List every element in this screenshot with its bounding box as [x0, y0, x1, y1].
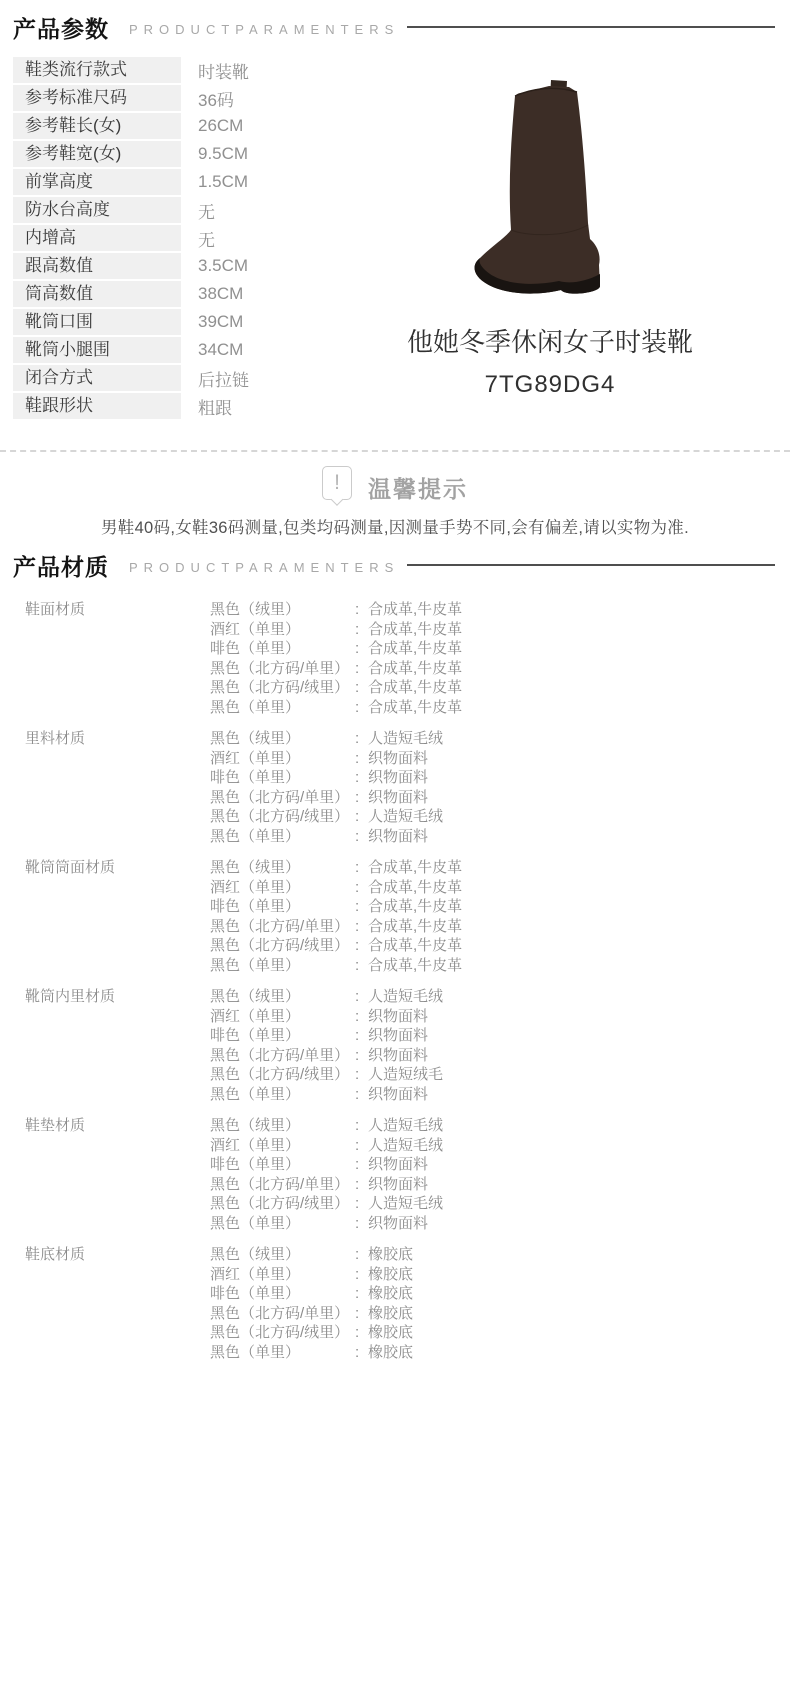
param-value: 时装靴	[198, 58, 249, 83]
material-variant: 酒红（单里）	[210, 620, 355, 640]
colon-separator: :	[355, 917, 363, 937]
material-value: 织物面料	[368, 1085, 428, 1105]
material-section-label: 里料材质	[25, 729, 210, 846]
material-section-shoe-upper: 鞋面材质 黑色（绒里） : 合成革,牛皮革 酒红（单里） : 合成革,牛皮革	[0, 600, 790, 717]
params-table: 鞋类流行款式 时装靴 参考标准尺码 36码 参考鞋长(女) 26CM 参考鞋宽(…	[13, 56, 395, 420]
param-label: 内增高	[13, 225, 181, 251]
colon-separator: :	[355, 987, 363, 1007]
material-row: 黑色（北方码/单里） : 织物面料	[210, 1175, 790, 1195]
colon-separator: :	[355, 878, 363, 898]
param-value: 无	[198, 226, 215, 251]
param-label: 跟高数值	[13, 253, 181, 279]
param-label: 防水台高度	[13, 197, 181, 223]
material-rows: 黑色（绒里） : 人造短毛绒 酒红（单里） : 织物面料 啡色（单里） : 织物…	[210, 729, 790, 846]
colon-separator: :	[355, 749, 363, 769]
param-row: 靴筒小腿围 34CM	[13, 336, 395, 364]
colon-separator: :	[355, 956, 363, 976]
param-row: 闭合方式 后拉链	[13, 364, 395, 392]
material-section-shaft-inner-lining: 靴筒内里材质 黑色（绒里） : 人造短毛绒 酒红（单里） : 织物面料	[0, 987, 790, 1104]
material-value: 合成革,牛皮革	[368, 600, 462, 620]
colon-separator: :	[355, 1323, 363, 1343]
material-value: 橡胶底	[368, 1304, 413, 1324]
colon-separator: :	[355, 827, 363, 847]
param-row: 靴筒口围 39CM	[13, 308, 395, 336]
param-row: 参考标准尺码 36码	[13, 84, 395, 112]
param-label: 参考标准尺码	[13, 85, 181, 111]
material-rows: 黑色（绒里） : 合成革,牛皮革 酒红（单里） : 合成革,牛皮革 啡色（单里）…	[210, 600, 790, 717]
tips-section: ! 温馨提示 男鞋40码,女鞋36码测量,包类均码测量,因测量手势不同,会有偏差…	[0, 466, 790, 538]
colon-separator: :	[355, 698, 363, 718]
param-label: 闭合方式	[13, 365, 181, 391]
material-row: 黑色（北方码/绒里） : 合成革,牛皮革	[210, 936, 790, 956]
materials-list: 鞋面材质 黑色（绒里） : 合成革,牛皮革 酒红（单里） : 合成革,牛皮革	[0, 600, 790, 1362]
material-variant: 黑色（单里）	[210, 956, 355, 976]
material-row: 黑色（单里） : 合成革,牛皮革	[210, 698, 790, 718]
material-section-label: 靴筒内里材质	[25, 987, 210, 1104]
material-variant: 酒红（单里）	[210, 1136, 355, 1156]
material-variant: 黑色（北方码/单里）	[210, 1046, 355, 1066]
material-value: 人造短毛绒	[368, 1116, 443, 1136]
material-value: 织物面料	[368, 1046, 428, 1066]
param-row: 参考鞋长(女) 26CM	[13, 112, 395, 140]
material-variant: 黑色（北方码/绒里）	[210, 1194, 355, 1214]
material-row: 黑色（单里） : 织物面料	[210, 1214, 790, 1234]
material-value: 人造短毛绒	[368, 987, 443, 1007]
material-row: 啡色（单里） : 织物面料	[210, 1026, 790, 1046]
material-value: 人造短毛绒	[368, 729, 443, 749]
colon-separator: :	[355, 1136, 363, 1156]
colon-separator: :	[355, 620, 363, 640]
colon-separator: :	[355, 1007, 363, 1027]
material-value: 橡胶底	[368, 1343, 413, 1363]
material-variant: 啡色（单里）	[210, 897, 355, 917]
param-value: 3.5CM	[198, 256, 248, 276]
material-row: 黑色（北方码/绒里） : 合成革,牛皮革	[210, 678, 790, 698]
material-value: 合成革,牛皮革	[368, 620, 462, 640]
material-value: 织物面料	[368, 1026, 428, 1046]
params-section-header: 产品参数 PRODUCTPARAMENTERS	[0, 0, 790, 42]
material-row: 啡色（单里） : 橡胶底	[210, 1284, 790, 1304]
param-value: 9.5CM	[198, 144, 248, 164]
param-value: 无	[198, 198, 215, 223]
colon-separator: :	[355, 1046, 363, 1066]
material-row: 酒红（单里） : 织物面料	[210, 1007, 790, 1027]
material-row: 黑色（绒里） : 合成革,牛皮革	[210, 600, 790, 620]
material-variant: 黑色（绒里）	[210, 729, 355, 749]
material-variant: 黑色（绒里）	[210, 858, 355, 878]
param-value: 38CM	[198, 284, 243, 304]
material-row: 啡色（单里） : 织物面料	[210, 1155, 790, 1175]
material-variant: 黑色（北方码/单里）	[210, 1175, 355, 1195]
params-body: 鞋类流行款式 时装靴 参考标准尺码 36码 参考鞋长(女) 26CM 参考鞋宽(…	[0, 56, 790, 420]
material-row: 啡色（单里） : 合成革,牛皮革	[210, 639, 790, 659]
material-section-lining: 里料材质 黑色（绒里） : 人造短毛绒 酒红（单里） : 织物面料	[0, 729, 790, 846]
colon-separator: :	[355, 936, 363, 956]
material-row: 黑色（北方码/单里） : 织物面料	[210, 788, 790, 808]
colon-separator: :	[355, 1284, 363, 1304]
tips-title: 温馨提示	[368, 466, 468, 504]
colon-separator: :	[355, 639, 363, 659]
material-value: 织物面料	[368, 1155, 428, 1175]
material-row: 黑色（北方码/绒里） : 人造短毛绒	[210, 1194, 790, 1214]
material-row: 酒红（单里） : 合成革,牛皮革	[210, 620, 790, 640]
material-variant: 黑色（绒里）	[210, 987, 355, 1007]
material-variant: 黑色（绒里）	[210, 1116, 355, 1136]
material-variant: 酒红（单里）	[210, 1007, 355, 1027]
material-variant: 酒红（单里）	[210, 878, 355, 898]
param-label: 鞋跟形状	[13, 393, 181, 419]
material-value: 合成革,牛皮革	[368, 659, 462, 679]
exclamation-icon: !	[322, 466, 352, 500]
product-name: 他她冬季休闲女子时装靴	[405, 322, 695, 359]
param-label: 靴筒口围	[13, 309, 181, 335]
param-value: 后拉链	[198, 366, 249, 391]
material-row: 啡色（单里） : 织物面料	[210, 768, 790, 788]
material-value: 织物面料	[368, 1175, 428, 1195]
colon-separator: :	[355, 1265, 363, 1285]
material-value: 人造短毛绒	[368, 1194, 443, 1214]
colon-separator: :	[355, 788, 363, 808]
material-value: 合成革,牛皮革	[368, 698, 462, 718]
material-rows: 黑色（绒里） : 人造短毛绒 酒红（单里） : 织物面料 啡色（单里） : 织物…	[210, 987, 790, 1104]
material-row: 黑色（单里） : 织物面料	[210, 1085, 790, 1105]
material-row: 酒红（单里） : 合成革,牛皮革	[210, 878, 790, 898]
param-label: 筒高数值	[13, 281, 181, 307]
material-row: 黑色（北方码/单里） : 合成革,牛皮革	[210, 659, 790, 679]
material-value: 合成革,牛皮革	[368, 858, 462, 878]
param-row: 跟高数值 3.5CM	[13, 252, 395, 280]
material-row: 黑色（北方码/绒里） : 人造短绒毛	[210, 1065, 790, 1085]
tips-head: ! 温馨提示	[0, 466, 790, 512]
material-value: 织物面料	[368, 1214, 428, 1234]
colon-separator: :	[355, 729, 363, 749]
colon-separator: :	[355, 678, 363, 698]
material-row: 酒红（单里） : 橡胶底	[210, 1265, 790, 1285]
product-detail-page: 产品参数 PRODUCTPARAMENTERS 鞋类流行款式 时装靴 参考标准尺…	[0, 0, 790, 1362]
material-rows: 黑色（绒里） : 橡胶底 酒红（单里） : 橡胶底 啡色（单里） : 橡胶底	[210, 1245, 790, 1362]
param-value: 34CM	[198, 340, 243, 360]
material-variant: 黑色（北方码/单里）	[210, 1304, 355, 1324]
material-variant: 酒红（单里）	[210, 749, 355, 769]
material-value: 橡胶底	[368, 1284, 413, 1304]
param-label: 参考鞋长(女)	[13, 113, 181, 139]
materials-section-title: 产品材质	[13, 549, 109, 582]
material-section-insole: 鞋垫材质 黑色（绒里） : 人造短毛绒 酒红（单里） : 人造短毛绒	[0, 1116, 790, 1233]
param-label: 靴筒小腿围	[13, 337, 181, 363]
material-row: 黑色（北方码/单里） : 织物面料	[210, 1046, 790, 1066]
colon-separator: :	[355, 897, 363, 917]
material-variant: 黑色（单里）	[210, 827, 355, 847]
colon-separator: :	[355, 1304, 363, 1324]
colon-separator: :	[355, 1065, 363, 1085]
material-variant: 黑色（单里）	[210, 1343, 355, 1363]
material-variant: 啡色（单里）	[210, 1284, 355, 1304]
boot-shaft	[475, 86, 600, 294]
materials-section-header: 产品材质 PRODUCTPARAMENTERS	[0, 538, 790, 580]
material-row: 酒红（单里） : 人造短毛绒	[210, 1136, 790, 1156]
material-value: 人造短毛绒	[368, 1136, 443, 1156]
material-row: 黑色（北方码/绒里） : 橡胶底	[210, 1323, 790, 1343]
material-row: 黑色（北方码/单里） : 合成革,牛皮革	[210, 917, 790, 937]
material-value: 合成革,牛皮革	[368, 639, 462, 659]
material-row: 黑色（北方码/绒里） : 人造短毛绒	[210, 807, 790, 827]
material-variant: 黑色（北方码/绒里）	[210, 678, 355, 698]
param-row: 前掌高度 1.5CM	[13, 168, 395, 196]
param-label: 前掌高度	[13, 169, 181, 195]
material-variant: 黑色（北方码/单里）	[210, 659, 355, 679]
colon-separator: :	[355, 1343, 363, 1363]
material-variant: 黑色（北方码/绒里）	[210, 807, 355, 827]
param-value: 36码	[198, 86, 234, 111]
material-section-label: 靴筒筒面材质	[25, 858, 210, 975]
colon-separator: :	[355, 1194, 363, 1214]
material-value: 橡胶底	[368, 1265, 413, 1285]
material-variant: 黑色（单里）	[210, 1085, 355, 1105]
header-rule	[407, 26, 775, 28]
material-row: 黑色（绒里） : 人造短毛绒	[210, 1116, 790, 1136]
material-value: 织物面料	[368, 788, 428, 808]
material-variant: 啡色（单里）	[210, 1026, 355, 1046]
material-row: 黑色（绒里） : 人造短毛绒	[210, 729, 790, 749]
param-row: 筒高数值 38CM	[13, 280, 395, 308]
material-row: 黑色（单里） : 合成革,牛皮革	[210, 956, 790, 976]
material-value: 橡胶底	[368, 1245, 413, 1265]
colon-separator: :	[355, 858, 363, 878]
product-visual: 他她冬季休闲女子时装靴 7TG89DG4	[405, 56, 695, 420]
param-row: 参考鞋宽(女) 9.5CM	[13, 140, 395, 168]
material-row: 黑色（绒里） : 合成革,牛皮革	[210, 858, 790, 878]
tips-note: 男鞋40码,女鞋36码测量,包类均码测量,因测量手势不同,会有偏差,请以实物为准…	[0, 514, 790, 538]
boot-product-image	[445, 60, 655, 300]
material-value: 织物面料	[368, 768, 428, 788]
material-value: 合成革,牛皮革	[368, 897, 462, 917]
material-value: 橡胶底	[368, 1323, 413, 1343]
colon-separator: :	[355, 1026, 363, 1046]
material-variant: 黑色（单里）	[210, 1214, 355, 1234]
material-value: 织物面料	[368, 827, 428, 847]
material-section-outsole: 鞋底材质 黑色（绒里） : 橡胶底 酒红（单里） : 橡胶底	[0, 1245, 790, 1362]
material-variant: 酒红（单里）	[210, 1265, 355, 1285]
colon-separator: :	[355, 1085, 363, 1105]
material-value: 合成革,牛皮革	[368, 878, 462, 898]
material-variant: 啡色（单里）	[210, 768, 355, 788]
params-section-title: 产品参数	[13, 11, 109, 44]
param-value: 粗跟	[198, 394, 232, 419]
material-section-label: 鞋垫材质	[25, 1116, 210, 1233]
header-rule	[407, 564, 775, 566]
material-section-label: 鞋面材质	[25, 600, 210, 717]
param-row: 鞋类流行款式 时装靴	[13, 56, 395, 84]
colon-separator: :	[355, 659, 363, 679]
param-label: 鞋类流行款式	[13, 57, 181, 83]
material-rows: 黑色（绒里） : 合成革,牛皮革 酒红（单里） : 合成革,牛皮革 啡色（单里）…	[210, 858, 790, 975]
colon-separator: :	[355, 600, 363, 620]
material-variant: 黑色（单里）	[210, 698, 355, 718]
material-row: 黑色（单里） : 织物面料	[210, 827, 790, 847]
material-variant: 黑色（北方码/单里）	[210, 917, 355, 937]
param-value: 26CM	[198, 116, 243, 136]
material-rows: 黑色（绒里） : 人造短毛绒 酒红（单里） : 人造短毛绒 啡色（单里） : 织…	[210, 1116, 790, 1233]
material-row: 啡色（单里） : 合成革,牛皮革	[210, 897, 790, 917]
colon-separator: :	[355, 1116, 363, 1136]
material-value: 合成革,牛皮革	[368, 956, 462, 976]
material-value: 织物面料	[368, 749, 428, 769]
material-value: 织物面料	[368, 1007, 428, 1027]
material-variant: 黑色（绒里）	[210, 1245, 355, 1265]
material-row: 黑色（绒里） : 橡胶底	[210, 1245, 790, 1265]
colon-separator: :	[355, 768, 363, 788]
colon-separator: :	[355, 1214, 363, 1234]
material-section-label: 鞋底材质	[25, 1245, 210, 1362]
dashed-divider	[0, 450, 790, 452]
params-section-subtitle: PRODUCTPARAMENTERS	[129, 18, 399, 37]
material-section-shaft-surface: 靴筒筒面材质 黑色（绒里） : 合成革,牛皮革 酒红（单里） : 合成革,牛皮革	[0, 858, 790, 975]
param-value: 39CM	[198, 312, 243, 332]
colon-separator: :	[355, 1175, 363, 1195]
material-row: 黑色（北方码/单里） : 橡胶底	[210, 1304, 790, 1324]
materials-section-subtitle: PRODUCTPARAMENTERS	[129, 556, 399, 575]
colon-separator: :	[355, 1155, 363, 1175]
param-row: 鞋跟形状 粗跟	[13, 392, 395, 420]
param-value: 1.5CM	[198, 172, 248, 192]
material-variant: 啡色（单里）	[210, 639, 355, 659]
material-variant: 黑色（绒里）	[210, 600, 355, 620]
material-value: 合成革,牛皮革	[368, 936, 462, 956]
material-variant: 黑色（北方码/绒里）	[210, 936, 355, 956]
material-variant: 黑色（北方码/单里）	[210, 788, 355, 808]
colon-separator: :	[355, 807, 363, 827]
param-row: 防水台高度 无	[13, 196, 395, 224]
material-value: 合成革,牛皮革	[368, 917, 462, 937]
material-variant: 黑色（北方码/绒里）	[210, 1323, 355, 1343]
colon-separator: :	[355, 1245, 363, 1265]
material-row: 酒红（单里） : 织物面料	[210, 749, 790, 769]
product-code: 7TG89DG4	[405, 371, 695, 399]
material-row: 黑色（单里） : 橡胶底	[210, 1343, 790, 1363]
material-row: 黑色（绒里） : 人造短毛绒	[210, 987, 790, 1007]
param-label: 参考鞋宽(女)	[13, 141, 181, 167]
material-value: 人造短绒毛	[368, 1065, 443, 1085]
material-variant: 黑色（北方码/绒里）	[210, 1065, 355, 1085]
param-row: 内增高 无	[13, 224, 395, 252]
material-value: 合成革,牛皮革	[368, 678, 462, 698]
material-value: 人造短毛绒	[368, 807, 443, 827]
material-variant: 啡色（单里）	[210, 1155, 355, 1175]
